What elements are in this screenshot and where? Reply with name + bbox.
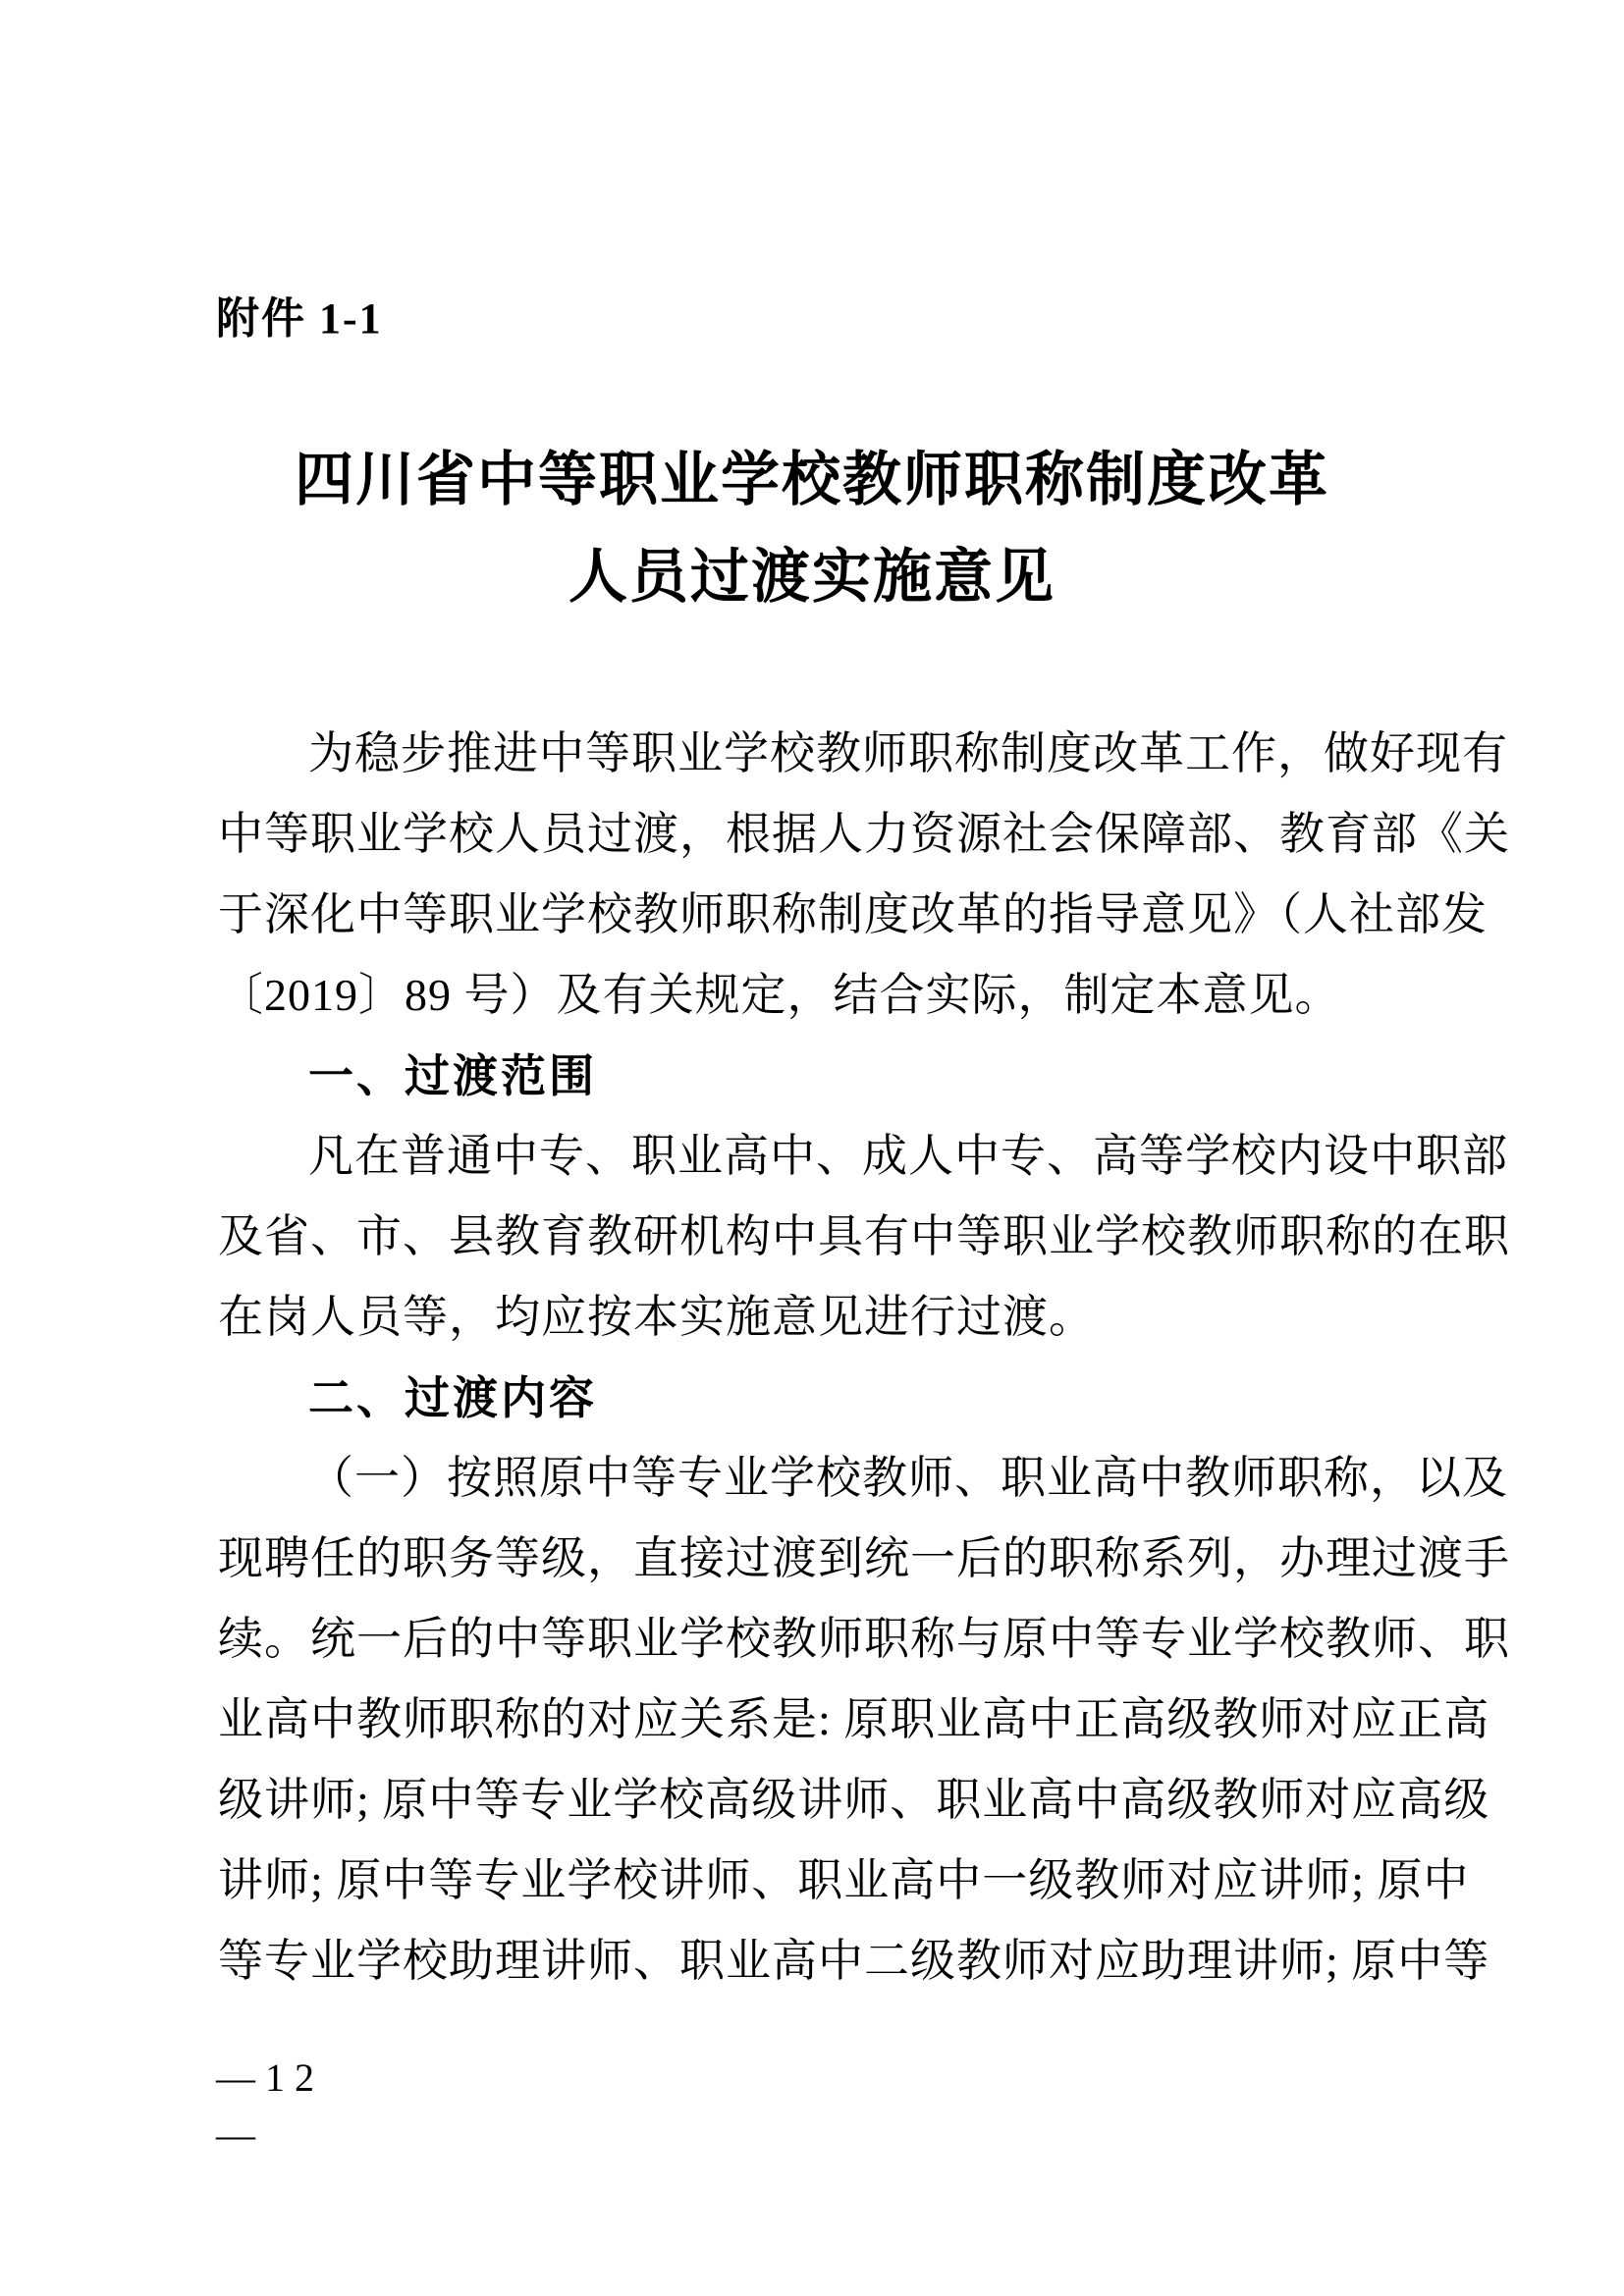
page-number: — 1 2 [216,2050,314,2107]
body-line: 业高中教师职称的对应关系是: 原职业高中正高级教师对应正高 [218,1680,1435,1760]
body-line: 为稳步推进中等职业学校教师职称制度改革工作，做好现有 [218,714,1435,794]
body-line: 在岗人员等，均应按本实施意见进行过渡。 [218,1277,1435,1358]
body-line: 续。统一后的中等职业学校教师职称与原中等专业学校教师、职 [218,1599,1435,1680]
section-heading-2: 二、过渡内容 [218,1358,1435,1438]
document-page: 附件 1-1 四川省中等职业学校教师职称制度改革 人员过渡实施意见 为稳步推进中… [0,0,1624,2296]
body-line: 等专业学校助理讲师、职业高中二级教师对应助理讲师; 原中等 [218,1921,1435,2002]
body-line: 讲师; 原中等专业学校讲师、职业高中一级教师对应讲师; 原中 [218,1841,1435,1921]
body-line: 及省、市、县教育教研机构中具有中等职业学校教师职称的在职 [218,1197,1435,1277]
page-footer: — 1 2 — [216,2050,314,2163]
page-number-dash: — [216,2107,314,2163]
body-line: 于深化中等职业学校教师职称制度改革的指导意见》（人社部发 [218,875,1435,955]
document-title-line-1: 四川省中等职业学校教师职称制度改革 [0,432,1624,529]
document-title: 四川省中等职业学校教师职称制度改革 人员过渡实施意见 [0,432,1624,626]
body-line: 〔2019〕89 号）及有关规定，结合实际，制定本意见。 [218,955,1435,1036]
document-body: 为稳步推进中等职业学校教师职称制度改革工作，做好现有 中等职业学校人员过渡，根据… [218,714,1435,2002]
body-line: 现聘任的职务等级，直接过渡到统一后的职称系列，办理过渡手 [218,1519,1435,1599]
body-line: 中等职业学校人员过渡，根据人力资源社会保障部、教育部《关 [218,794,1435,875]
body-line: 级讲师; 原中等专业学校高级讲师、职业高中高级教师对应高级 [218,1760,1435,1841]
section-heading-1: 一、过渡范围 [218,1036,1435,1116]
document-title-line-2: 人员过渡实施意见 [0,529,1624,626]
body-line: （一）按照原中等专业学校教师、职业高中教师职称，以及 [218,1438,1435,1519]
body-line: 凡在普通中专、职业高中、成人中专、高等学校内设中职部 [218,1116,1435,1197]
attachment-label: 附件 1-1 [216,283,383,346]
